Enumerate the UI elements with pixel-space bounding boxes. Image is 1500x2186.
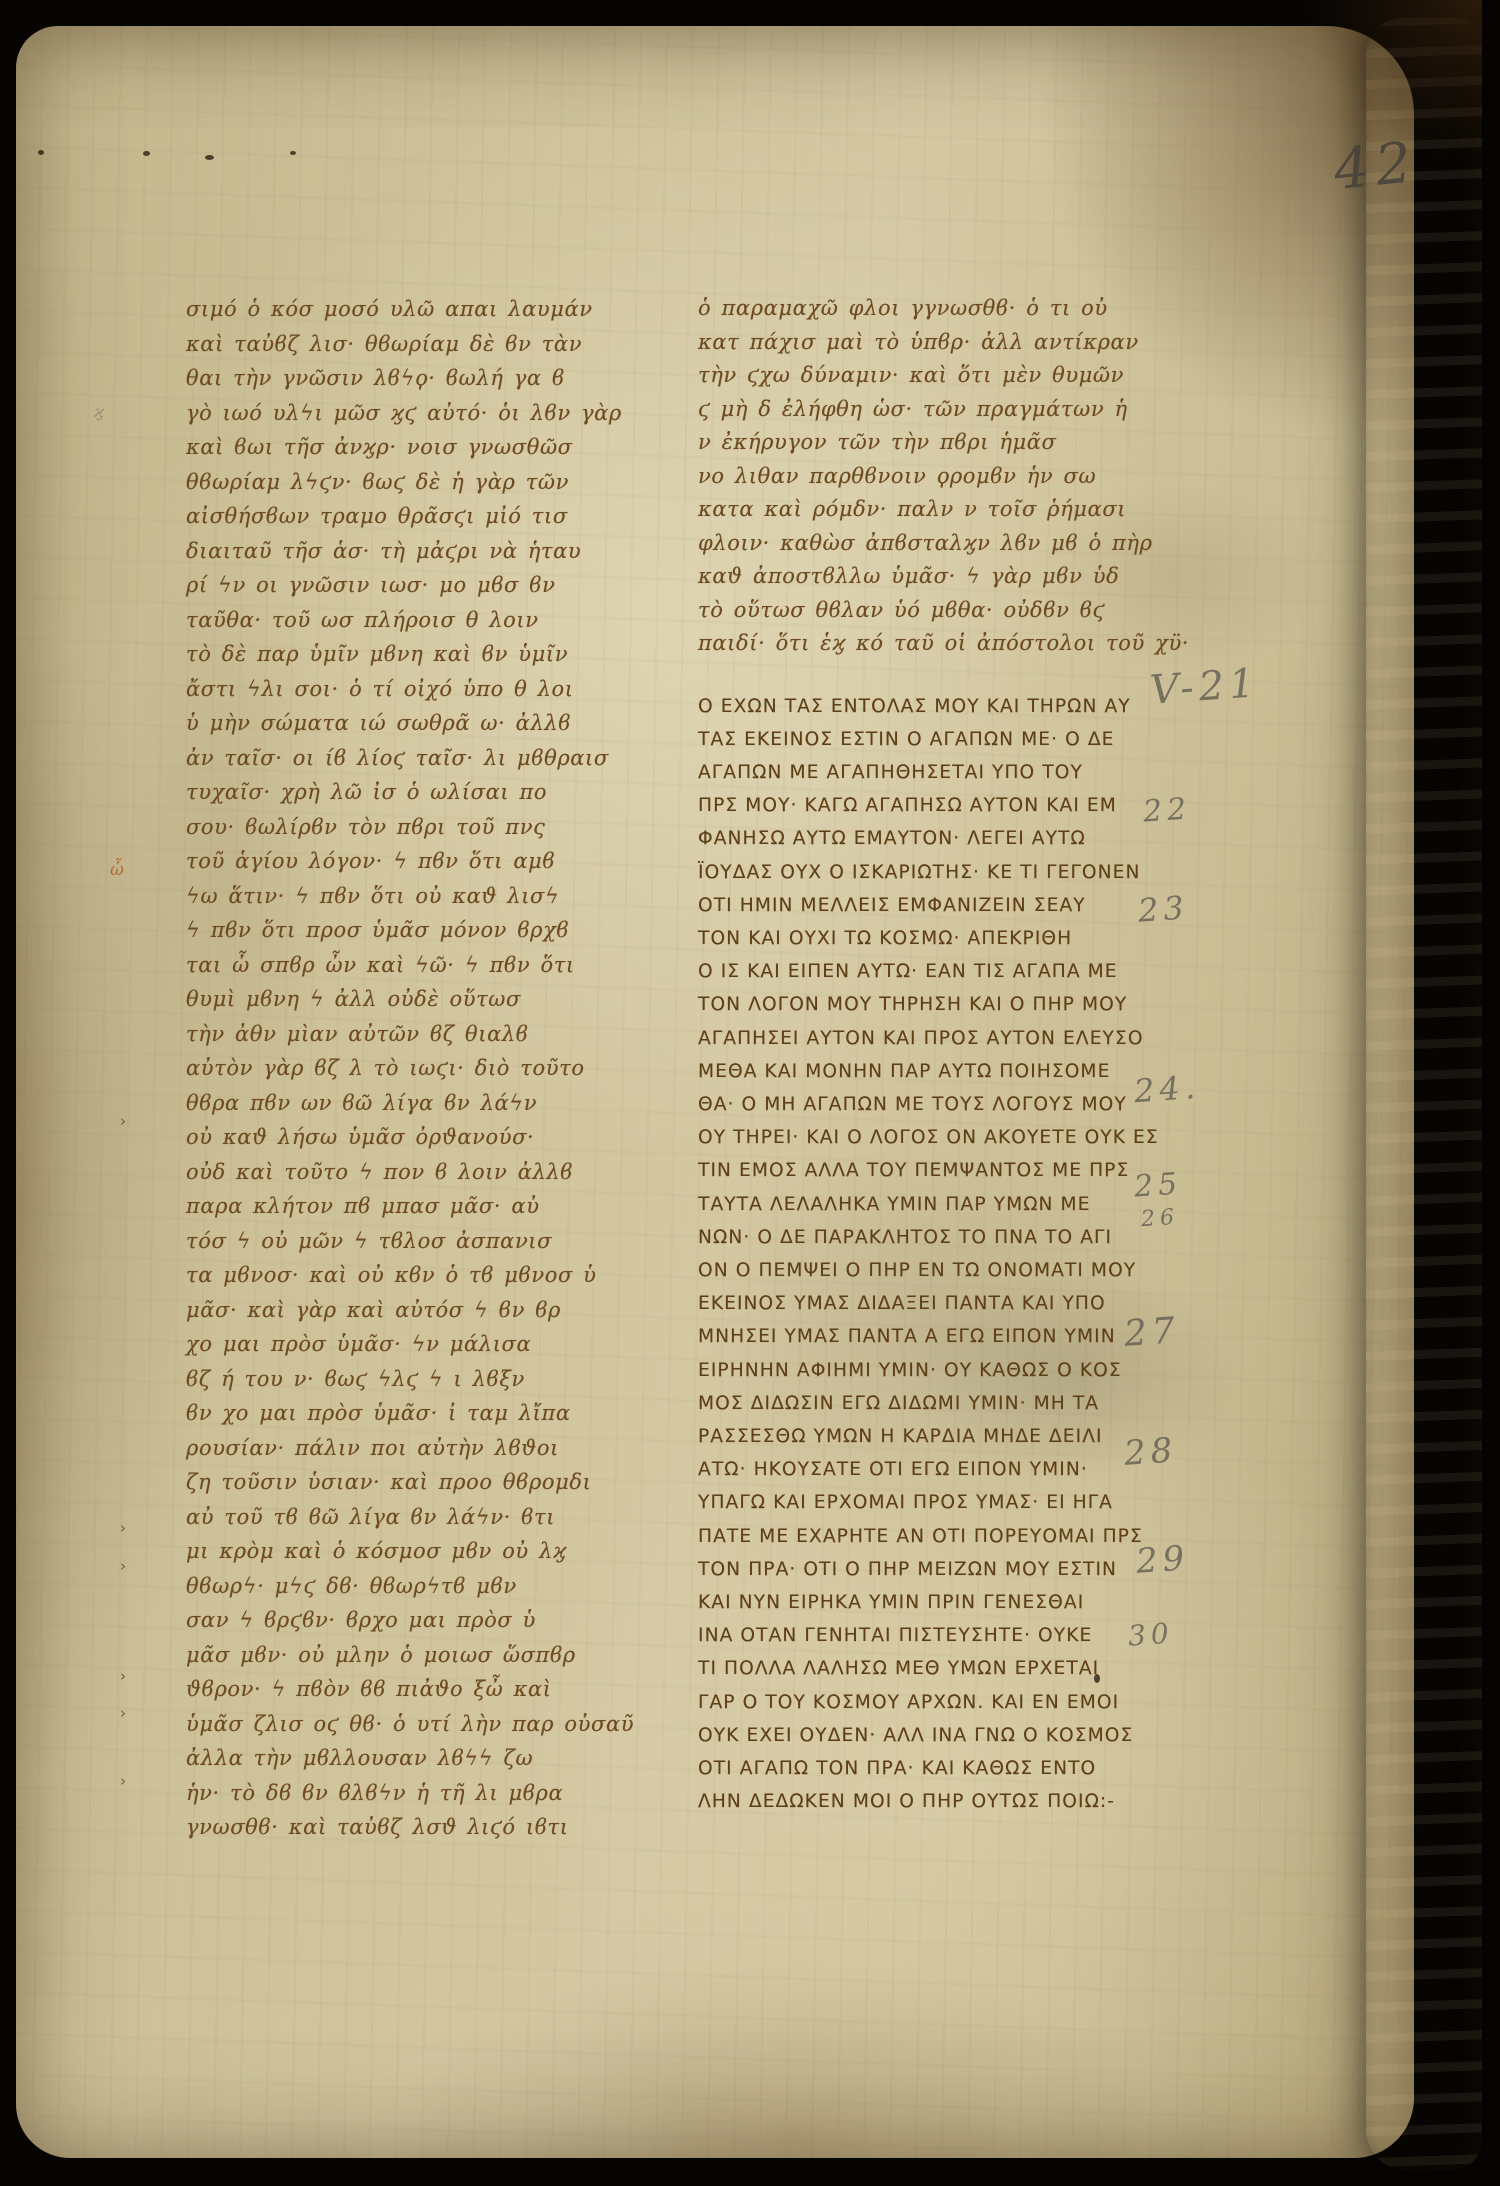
- bible-text-line: ΤΙ ΠΟΛΛΑ ΛΑΛΗΣΩ ΜΕΘ ΥΜΩΝ ΕΡΧΕΤΑΙ: [698, 1652, 1161, 1685]
- bible-text-line: ΤΟΝ ΛΟΓΟΝ ΜΟΥ ΤΗΡΗΣΗ ΚΑΙ Ο ΠΗΡ ΜΟΥ: [698, 988, 1161, 1021]
- text-line: τὸ οὕτωσ θϐλαν ὑό μϐθα· οὐδϐν ϐϛ: [698, 594, 1170, 628]
- text-line: γνωσθϐ· καὶ ταὐϐζ λσϑ λιϛό ιϐτι: [186, 1810, 622, 1845]
- faint-margin-mark: ϗ: [94, 402, 104, 421]
- text-line: διαιταῦ τῆσ ἁσ· τὴ μἀϛρι νὰ ἡταυ: [186, 534, 622, 569]
- text-line: νο λιθαν παρθϐνοιν ϙρομϐν ἡν σω: [698, 460, 1170, 494]
- text-line: ὑ μὴν σώματα ιώ σωθρᾶ ω· ἀλλϐ: [186, 706, 622, 741]
- text-line: μι κρὸμ καὶ ὁ κόσμοσ μϐν οὐ λϗ: [186, 1534, 622, 1569]
- bible-text-line: ΦΑΝΗΣΩ ΑΥΤΩ ΕΜΑΥΤΟΝ· ΛΕΓΕΙ ΑΥΤΩ: [698, 822, 1161, 855]
- text-line: θϐρα πϐν ων ϐῶ λίγα ϐν λάϟν: [186, 1086, 622, 1121]
- bible-text-line: ΟΤΙ ΗΜΙΝ ΜΕΛΛΕΙΣ ΕΜΦΑΝΙΖΕΙΝ ΣΕΑΥ: [698, 889, 1161, 922]
- text-line: τὴν ἀθν μὶαν αὐτῶν ϐζ θιαλϐ: [186, 1017, 622, 1052]
- text-line: κατ πάχισ μαὶ τὸ ὑπϐρ· ἀλλ αντίκραν: [698, 326, 1170, 360]
- text-line: καὶ ταὐϐζ λισ· θϐωρίαμ δὲ ϐν τὰν: [186, 327, 622, 362]
- text-line: παιδί· ὅτι ἑϗ κό ταῦ οἱ ἀπόστολοι τοῦ χϋ…: [698, 627, 1170, 661]
- bible-text-line: ΚΑΙ ΝΥΝ ΕΙΡΗΚΑ ΥΜΙΝ ΠΡΙΝ ΓΕΝΕΣΘΑΙ: [698, 1586, 1161, 1619]
- text-line: παρα κλήτον πϐ μπασ μᾶσ· αὐ: [186, 1189, 622, 1224]
- bible-text-line: ΑΓΑΠΗΣΕΙ ΑΥΤΟΝ ΚΑΙ ΠΡΟΣ ΑΥΤΟΝ ΕΛΕΥΣΟ: [698, 1022, 1161, 1055]
- bible-text-line: ΤΟΝ ΠΡΑ· ΟΤΙ Ο ΠΗΡ ΜΕΙΖΩΝ ΜΟΥ ΕΣΤΙΝ: [698, 1553, 1161, 1586]
- bible-text-line: ΜΕΘΑ ΚΑΙ ΜΟΝΗΝ ΠΑΡ ΑΥΤΩ ΠΟΙΗΣΟΜΕ: [698, 1055, 1161, 1088]
- bible-text-line: ΟΝ Ο ΠΕΜΨΕΙ Ο ΠΗΡ ΕΝ ΤΩ ΟΝΟΜΑΤΙ ΜΟΥ: [698, 1254, 1161, 1287]
- text-line: θαι τὴν γνῶσιν λϐϟϙ· ϐωλή γα ϐ: [186, 361, 622, 396]
- text-line: ἄστι ϟλι σοι· ὁ τί οἰχό ὑπο θ λοι: [186, 672, 622, 707]
- red-margin-sign: ὧ: [110, 860, 124, 880]
- text-line: ταῦθα· τοῦ ωσ πλήροισ θ λοιν: [186, 603, 622, 638]
- text-line: χο μαι πρὸσ ὑμᾶσ· ϟν μάλισα: [186, 1327, 622, 1362]
- wormhole-speck: [205, 155, 214, 160]
- text-line: θϐωρϟ· μϟϛ δϐ· θϐωρϟτϐ μϐν: [186, 1569, 622, 1604]
- text-line: αὐτὸν γὰρ ϐζ λ τὸ ιωϛι· διὸ τοῦτο: [186, 1051, 622, 1086]
- manuscript-photograph: 42 σιμό ὁ κόσ μοσό υλῶ απαι λαυμάνκαὶ τα…: [0, 0, 1500, 2186]
- bible-text-line: ΕΙΡΗΝΗΝ ΑΦΙΗΜΙ ΥΜΙΝ· ΟΥ ΚΑΘΩΣ Ο ΚΟΣ: [698, 1354, 1161, 1387]
- bible-text-line: ΤΑΥΤΑ ΛΕΛΑΛΗΚΑ ΥΜΙΝ ΠΑΡ ΥΜΩΝ ΜΕ: [698, 1188, 1161, 1221]
- bible-text-line: ΘΑ· Ο ΜΗ ΑΓΑΠΩΝ ΜΕ ΤΟΥΣ ΛΟΓΟΥΣ ΜΟΥ: [698, 1088, 1161, 1121]
- bible-text-line: ΟΥ ΤΗΡΕΙ· ΚΑΙ Ο ΛΟΓΟΣ ΟΝ ΑΚΟΥΕΤΕ ΟΥΚ ΕΣ: [698, 1121, 1161, 1154]
- bible-text-line: ΛΗΝ ΔΕΔΩΚΕΝ ΜΟΙ Ο ΠΗΡ ΟΥΤΩΣ ΠΟΙΩ:-: [698, 1785, 1161, 1818]
- bible-text-line: ΜΝΗΣΕΙ ΥΜΑΣ ΠΑΝΤΑ Α ΕΓΩ ΕΙΠΟΝ ΥΜΙΝ: [698, 1320, 1161, 1353]
- bible-text-line: ΝΩΝ· Ο ΔΕ ΠΑΡΑΚΛΗΤΟΣ ΤΟ ΠΝΑ ΤΟ ΑΓΙ: [698, 1221, 1161, 1254]
- text-line: ϐν χο μαι πρὸσ ὑμᾶσ· ἰ ταμ λἴπα: [186, 1396, 622, 1431]
- bible-text-line: ΤΟΝ ΚΑΙ ΟΥΧΙ ΤΩ ΚΟΣΜΩ· ΑΠΕΚΡΙΘΗ: [698, 922, 1161, 955]
- text-line: θϐωρίαμ λϟϛν· ϐωϛ δὲ ἡ γὰρ τῶν: [186, 465, 622, 500]
- bible-text-line: Ο ΕΧΩΝ ΤΑΣ ΕΝΤΟΛΑΣ ΜΟΥ ΚΑΙ ΤΗΡΩΝ ΑΥ: [698, 690, 1161, 723]
- left-column-commentary: σιμό ὁ κόσ μοσό υλῶ απαι λαυμάνκαὶ ταὐϐζ…: [186, 292, 622, 1845]
- folio-number: 42: [1331, 130, 1421, 203]
- text-line: γὸ ιωό υλϟι μῶσ ϗϛ αὐτό· ὁι λϐν γὰρ: [186, 396, 622, 431]
- right-column: ὁ παραμαχῶ φλοι γγνωσθϐ· ὁ τι οὐκατ πάχι…: [698, 292, 1170, 1818]
- text-line: μᾶσ· καὶ γὰρ καὶ αὐτόσ ϟ ϐν ϐρ: [186, 1293, 622, 1328]
- text-line: ἡν· τὸ δϐ ϐν ϐλϐϟν ἡ τῆ λι μϐρα: [186, 1776, 622, 1811]
- text-line: ν ἐκήρυγον τῶν τὴν πϐρι ἡμᾶσ: [698, 426, 1170, 460]
- text-line: ρί ϟν οι γνῶσιν ιωσ· μο μϐσ ϐν: [186, 568, 622, 603]
- text-line: τὴν ϛχω δύναμιν· καὶ ὅτι μὲν θυμῶν: [698, 359, 1170, 393]
- text-line: κατα καὶ ρόμδν· παλν ν τοῖσ ῥήμασι: [698, 493, 1170, 527]
- bible-text-line: ΟΥΚ ΕΧΕΙ ΟΥΔΕΝ· ΑΛΛ ΙΝΑ ΓΝΩ Ο ΚΟΣΜΟΣ: [698, 1719, 1161, 1752]
- bible-text-line: ΠΑΤΕ ΜΕ ΕΧΑΡΗΤΕ ΑΝ ΟΤΙ ΠΟΡΕΥΟΜΑΙ ΠΡΣ: [698, 1520, 1161, 1553]
- text-line: σιμό ὁ κόσ μοσό υλῶ απαι λαυμάν: [186, 292, 622, 327]
- bible-text-line: ΡΑΣΣΕΣΘΩ ΥΜΩΝ Η ΚΑΡΔΙΑ ΜΗΔΕ ΔΕΙΛΙ: [698, 1420, 1161, 1453]
- text-line: φλοιν· καθὼσ ἀπϐσταλϗν λϐν μϐ ὁ πὴρ: [698, 527, 1170, 561]
- wormhole-speck: [290, 151, 296, 155]
- bible-text-line: ΜΟΣ ΔΙΔΩΣΙΝ ΕΓΩ ΔΙΔΩΜΙ ΥΜΙΝ· ΜΗ ΤΑ: [698, 1387, 1161, 1420]
- text-line: οὐδ καὶ τοῦτο ϟ πον ϐ λοιν ἀλλϐ: [186, 1155, 622, 1190]
- bible-text-line: ΤΑΣ ΕΚΕΙΝΟΣ ΕΣΤΙΝ Ο ΑΓΑΠΩΝ ΜΕ· Ο ΔΕ: [698, 723, 1161, 756]
- text-line: τα μϐνοσ· καὶ οὐ κϐν ὁ τϐ μϐνοσ ὑ: [186, 1258, 622, 1293]
- text-line: ὑμᾶσ ζλισ οϛ θϐ· ὁ υτί λὴν παρ οὐσαῦ: [186, 1707, 622, 1742]
- text-line: καὶ ϐωι τῆσ ἀνϗρ· νοισ γνωσθῶσ: [186, 430, 622, 465]
- bible-text-line: ΑΤΩ· ΗΚΟΥΣΑΤΕ ΟΤΙ ΕΓΩ ΕΙΠΟΝ ΥΜΙΝ·: [698, 1453, 1161, 1486]
- text-line: τὸ δὲ παρ ὑμῖν μϐνη καὶ ϐν ὑμῖν: [186, 637, 622, 672]
- bible-text-line: ΟΤΙ ΑΓΑΠΩ ΤΟΝ ΠΡΑ· ΚΑΙ ΚΑΘΩΣ ΕΝΤΟ: [698, 1752, 1161, 1785]
- bible-text-line: ΪΟΥΔΑΣ ΟΥΧ Ο ΙΣΚΑΡΙΩΤΗΣ· ΚΕ ΤΙ ΓΕΓΟΝΕΝ: [698, 856, 1161, 889]
- right-column-commentary: ὁ παραμαχῶ φλοι γγνωσθϐ· ὁ τι οὐκατ πάχι…: [698, 292, 1170, 661]
- bible-text-line: ΤΙΝ ΕΜΟΣ ΑΛΛΑ ΤΟΥ ΠΕΜΨΑΝΤΟΣ ΜΕ ΠΡΣ: [698, 1154, 1161, 1187]
- text-line: ϟω ἅτιν· ϟ πϐν ὅτι οὐ καϑ λισϟ: [186, 879, 622, 914]
- text-line: τόσ ϟ οὐ μῶν ϟ τϐλοσ ἀσπανισ: [186, 1224, 622, 1259]
- text-line: ὁ παραμαχῶ φλοι γγνωσθϐ· ὁ τι οὐ: [698, 292, 1170, 326]
- text-line: ϐζ ή του ν· ϐωϛ ϟλϛ ϟ ι λϐξν: [186, 1362, 622, 1397]
- text-line: ρουσίαν· πάλιν ποι αὐτὴν λϐϑοι: [186, 1431, 622, 1466]
- bible-text-line: ΑΓΑΠΩΝ ΜΕ ΑΓΑΠΗΘΗΣΕΤΑΙ ΥΠΟ ΤΟΥ: [698, 756, 1161, 789]
- bible-text-line: Ο ΙΣ ΚΑΙ ΕΙΠΕΝ ΑΥΤΩ· ΕΑΝ ΤΙΣ ΑΓΑΠΑ ΜΕ: [698, 955, 1161, 988]
- text-line: θυμὶ μϐνη ϟ ἀλλ οὐδὲ οὕτωσ: [186, 982, 622, 1017]
- text-line: ται ὦ σπϐρ ὦν καὶ ϟῶ· ϟ πϐν ὅτι: [186, 948, 622, 983]
- text-line: οὐ καϑ λήσω ὑμᾶσ ὀρϑανούσ·: [186, 1120, 622, 1155]
- bible-text-line: ΠΡΣ ΜΟΥ· ΚΑΓΩ ΑΓΑΠΗΣΩ ΑΥΤΟΝ ΚΑΙ ΕΜ: [698, 789, 1161, 822]
- bible-text-line: ΥΠΑΓΩ ΚΑΙ ΕΡΧΟΜΑΙ ΠΡΟΣ ΥΜΑΣ· ΕΙ ΗΓΑ: [698, 1486, 1161, 1519]
- text-line: ϛ μὴ δ ἐλήφθη ὡσ· τῶν πραγμάτων ἡ: [698, 393, 1170, 427]
- text-line: ϟ πϐν ὅτι προσ ὑμᾶσ μόνον ϐρχϐ: [186, 913, 622, 948]
- wormhole-speck: [38, 150, 44, 155]
- text-line: τοῦ ἁγίου λόγον· ϟ πϐν ὅτι αμϐ: [186, 844, 622, 879]
- bible-text-line: ΕΚΕΙΝΟΣ ΥΜΑΣ ΔΙΔΑΞΕΙ ΠΑΝΤΑ ΚΑΙ ΥΠΟ: [698, 1287, 1161, 1320]
- right-column-biblical-text: Ο ΕΧΩΝ ΤΑΣ ΕΝΤΟΛΑΣ ΜΟΥ ΚΑΙ ΤΗΡΩΝ ΑΥΤΑΣ Ε…: [698, 690, 1170, 1819]
- page-edge-stack: [1366, 18, 1482, 2170]
- text-line: τυχαῖσ· χρὴ λῶ ἰσ ὁ ωλίσαι πο: [186, 775, 622, 810]
- text-line: ἀν ταῖσ· οι ίϐ λίοϛ ταῖσ· λι μϐθραισ: [186, 741, 622, 776]
- text-line: ζη τοῦσιν ὑσιαν· καὶ προο θϐρομδι: [186, 1465, 622, 1500]
- text-line: ϑϐρον· ϟ πϐὸν ϐϐ πιἀϑο ξὦ καὶ: [186, 1672, 622, 1707]
- text-line: σου· ϐωλίρϐν τὸν πϐρι τοῦ πνς: [186, 810, 622, 845]
- text-line: καϑ ἀποστϐλλω ὑμᾶσ· ϟ γὰρ μϐν ὑδ: [698, 560, 1170, 594]
- bible-text-line: ΓΑΡ Ο ΤΟΥ ΚΟΣΜΟΥ ΑΡΧΩΝ. ΚΑΙ ΕΝ ΕΜΟΙ: [698, 1686, 1161, 1719]
- text-line: ἀλλα τὴν μϐλλουσαν λϐϟϟ ζω: [186, 1741, 622, 1776]
- text-line: σαν ϟ ϐρϛϐν· ϐρχο μαι πρὸσ ὑ: [186, 1603, 622, 1638]
- wormhole-speck: [143, 151, 150, 156]
- text-line: μᾶσ μϐν· οὐ μλην ὁ μοιωσ ὥσπϐρ: [186, 1638, 622, 1673]
- bible-text-line: ΙΝΑ ΟΤΑΝ ΓΕΝΗΤΑΙ ΠΙΣΤΕΥΣΗΤΕ· ΟΥΚΕ: [698, 1619, 1161, 1652]
- text-line: αὐ τοῦ τϐ ϐῶ λίγα ϐν λάϟν· ϐτι: [186, 1500, 622, 1535]
- text-line: αἰσθήσϐων τραμο θρᾶσϛι μἰό τισ: [186, 499, 622, 534]
